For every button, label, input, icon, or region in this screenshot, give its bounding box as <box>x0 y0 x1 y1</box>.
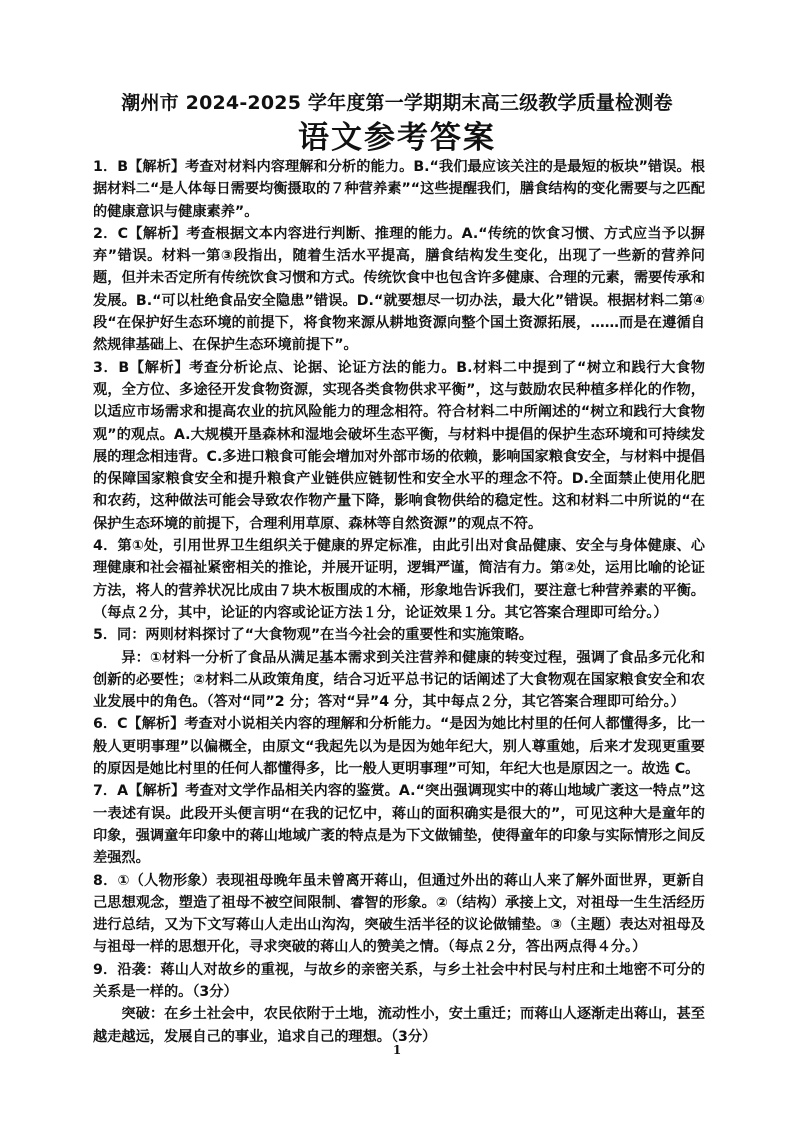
answer-1: 1．B【解析】考查对材料内容理解和分析的能力。B.“我们最应该关注的是最短的板块… <box>93 156 705 223</box>
answer-6: 6．C【解析】考查对小说相关内容的理解和分析能力。“是因为她比村里的任何人都懂得… <box>93 713 705 780</box>
document-subtitle: 语文参考答案 <box>0 112 794 157</box>
answer-body: 1．B【解析】考查对材料内容理解和分析的能力。B.“我们最应该关注的是最短的板块… <box>93 156 705 1048</box>
answer-4: 4．第①处，引用世界卫生组织关于健康的界定标准，由此引出对食品健康、安全与身体健… <box>93 535 705 624</box>
document-title: 潮州市 2024-2025 学年度第一学期期末高三级教学质量检测卷 <box>0 88 794 115</box>
answer-8: 8．①（人物形象）表现祖母晚年虽未曾离开蒋山，但通过外出的蒋山人来了解外面世界，… <box>93 870 705 959</box>
answer-3: 3．B【解析】考查分析论点、论据、论证方法的能力。B.材料二中提到了“树立和践行… <box>93 357 705 535</box>
answer-2: 2．C【解析】考查根据文本内容进行判断、推理的能力。A.“传统的饮食习惯、方式应… <box>93 223 705 357</box>
answer-5-same: 5．同：两则材料探讨了“大食物观”在当今社会的重要性和实施策略。 <box>93 624 705 646</box>
answer-9-inherit: 9．沿袭：蒋山人对故乡的重视，与故乡的亲密关系，与乡土社会中村民与村庄和土地密不… <box>93 959 705 1004</box>
answer-7: 7．A【解析】考查对文学作品相关内容的鉴赏。A.“突出强调现实中的蒋山地域广袤这… <box>93 780 705 869</box>
page-number: 1 <box>0 1043 794 1057</box>
answer-9-breakthrough: 突破：在乡土社会中，农民依附于土地，流动性小，安土重迁；而蒋山人逐渐走出蒋山，甚… <box>93 1003 705 1048</box>
answer-5-diff: 异：①材料一分析了食品从满足基本需求到关注营养和健康的转变过程，强调了食品多元化… <box>93 647 705 714</box>
